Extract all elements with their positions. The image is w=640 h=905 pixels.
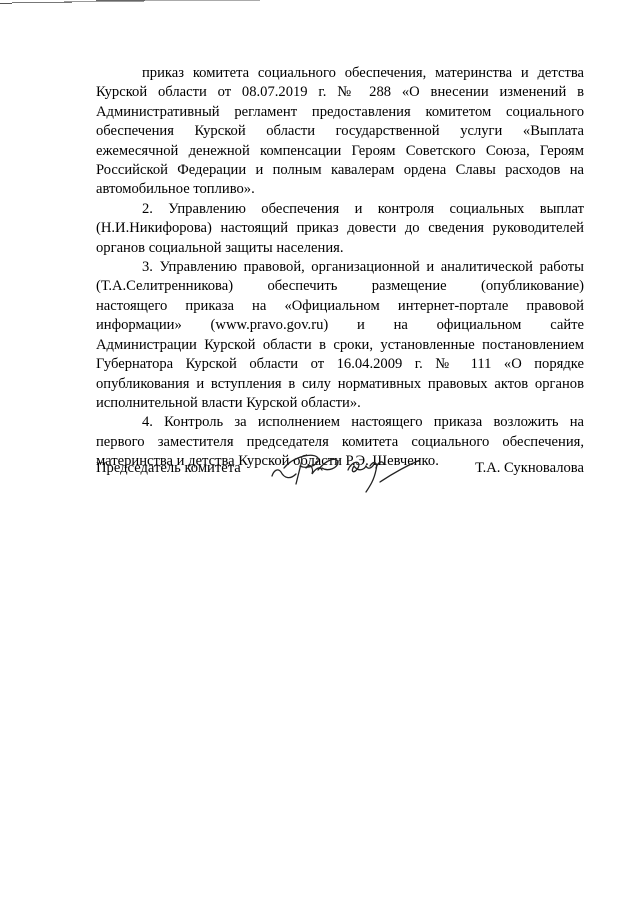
paragraph-item-3: 3. Управлению правовой, организационной …	[96, 258, 584, 413]
text-line: Администрации Курской области в сроки, у…	[96, 336, 584, 355]
text-line: (Т.А.Селитренникова) обеспечить размещен…	[96, 277, 584, 296]
text-line: исполнительной власти Курской области».	[96, 394, 584, 413]
text-line: автомобильное топливо».	[96, 180, 584, 199]
text-line: Административный регламент предоставлени…	[96, 103, 584, 122]
text-line: Российской Федерации и полным кавалерам …	[96, 161, 584, 180]
signatory-title: Председатель комитета	[96, 460, 241, 477]
text-line: 3. Управлению правовой, организационной …	[96, 258, 584, 277]
paragraph-order-reference: приказ комитета социального обеспечения,…	[96, 64, 584, 200]
text-line: Курской области от 08.07.2019 г. № 288 «…	[96, 83, 584, 102]
text-line: обеспечения Курской области государствен…	[96, 122, 584, 141]
scan-line	[145, 0, 260, 1]
text-line: 2. Управлению обеспечения и контроля соц…	[96, 200, 584, 219]
scan-line	[12, 2, 72, 3]
scan-edge-artifact	[0, 0, 260, 4]
text-line: приказ комитета социального обеспечения,…	[96, 64, 584, 83]
signatory-name: Т.А. Сукновалова	[475, 460, 584, 477]
text-line: ежемесячной денежной компенсации Героям …	[96, 142, 584, 161]
scan-line	[64, 1, 144, 2]
document-body: приказ комитета социального обеспечения,…	[96, 64, 584, 472]
text-line: 4. Контроль за исполнением настоящего пр…	[96, 413, 584, 432]
signature-block: Председатель комитета Т.А. Сукновалова	[96, 454, 584, 504]
text-line: органов социальной защиты населения.	[96, 239, 584, 258]
text-line: (Н.И.Никифорова) настоящий приказ довест…	[96, 219, 584, 238]
handwritten-signature-icon	[266, 446, 426, 498]
scan-line	[0, 3, 12, 4]
text-line: Губернатора Курской области от 16.04.200…	[96, 355, 584, 374]
text-line: настоящего приказа на «Официальном интер…	[96, 297, 584, 316]
text-line: информации» (www.pravo.gov.ru) и на офиц…	[96, 316, 584, 335]
text-line: опубликования и вступления в силу нормат…	[96, 375, 584, 394]
paragraph-item-2: 2. Управлению обеспечения и контроля соц…	[96, 200, 584, 258]
